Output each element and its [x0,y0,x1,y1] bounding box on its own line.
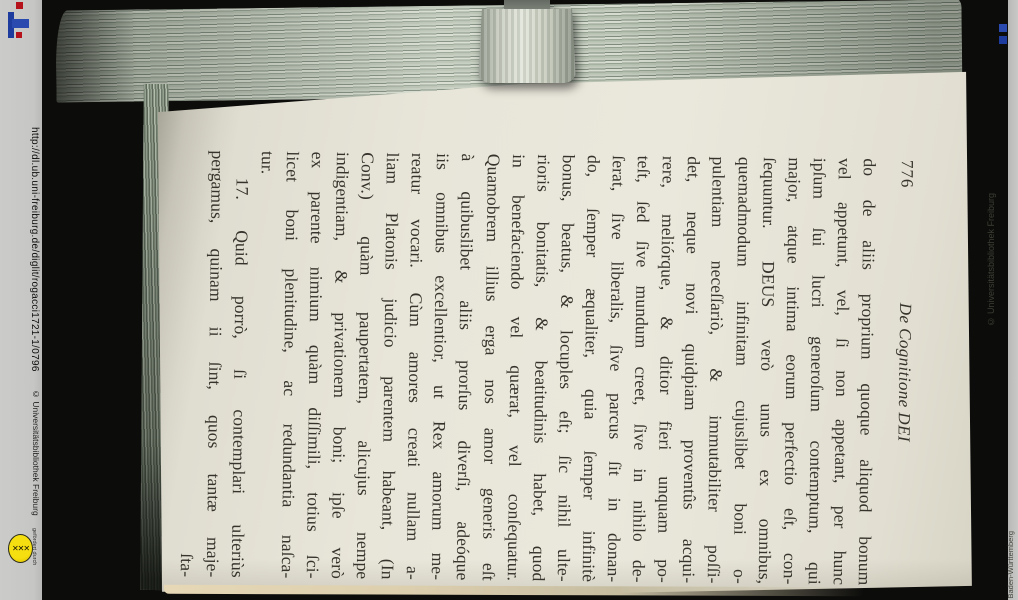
text-line: quemadmodum infinitam cujuslibet boni o- [726,157,756,584]
text-line: indigentiam, & privationem boni; ipſe ve… [325,152,355,579]
copyright-text-left: © Universitätsbibliothek Freiburg [31,389,41,516]
region-label: Baden-Württemberg [1006,531,1015,599]
text-line: licet boni plenitudine, ac redundantia n… [274,151,304,578]
right-watermark-strip [1008,0,1018,600]
text-line: in benefaciendo vel quærat, vel conſequa… [500,154,530,581]
source-url-text: http://dl.ub.uni-freiburg.de/diglit/roga… [29,127,40,372]
logo-blue-bar-icon [12,19,29,28]
page-number: 776 [895,160,920,189]
text-line: major, atque intima eorum perfectio eſt,… [776,157,806,584]
text-line: ſequuntur. DEUS verò unus ex omnibus, [751,157,781,584]
text-line: Quamobrem illius erga nos amor generis e… [475,154,505,581]
text-line: ex parente nimium quàm diſſimili, totius… [300,152,330,579]
page-header: 776 De Cognitione DEI [890,159,920,586]
funder-label: gefördert durch [31,528,37,565]
copyright-text-right: © Universitätsbibliothek Freiburg [986,193,996,327]
text-line: pergamus, quinam ii ſint, quos tantæ maj… [199,150,229,577]
text-line: rioris bonitatis, & beatitudinis habet, … [525,154,555,581]
text-line: bonus, beatus, & locuples eſt; ſic nihil… [551,155,581,582]
bookmark-strap [478,9,576,83]
text-line: 17. Quid porrò, ſi contemplari ulteriùs [224,151,254,578]
logo-red-square-icon [16,2,23,9]
text-line: Conv.) quàm paupertatem, alicujus nempe [350,152,380,579]
running-header-title: De Cognitione DEI [890,159,920,586]
page-text-block: 776 De Cognitione DEI do de aliis propri… [175,112,921,596]
text-line: do de aliis proprium quoque aliquod bonu… [852,158,882,585]
ub-freiburg-logo-icon [0,0,42,44]
text-line: vel appetunt, vel, ſi non appetant, per … [827,158,857,585]
left-watermark-strip: http://dl.ub.uni-freiburg.de/diglit/roga… [0,0,42,600]
digitized-book-viewer: 776 De Cognitione DEI do de aliis propri… [0,0,1018,600]
text-line: do, ſemper æqualiter, quia ſemper infini… [576,155,606,582]
logo-red-square-icon [16,32,22,38]
funder-logo-icon: ✕✕✕ [8,534,33,563]
text-line: ipſum ſui lucri generoſum contemptum, qu… [801,158,831,585]
text-lines: do de aliis proprium quoque aliquod bonu… [174,150,882,586]
text-line: ſerat, ſive liberalis, ſive parcus ſit i… [601,155,631,582]
bookmark-ribbon [478,0,576,84]
